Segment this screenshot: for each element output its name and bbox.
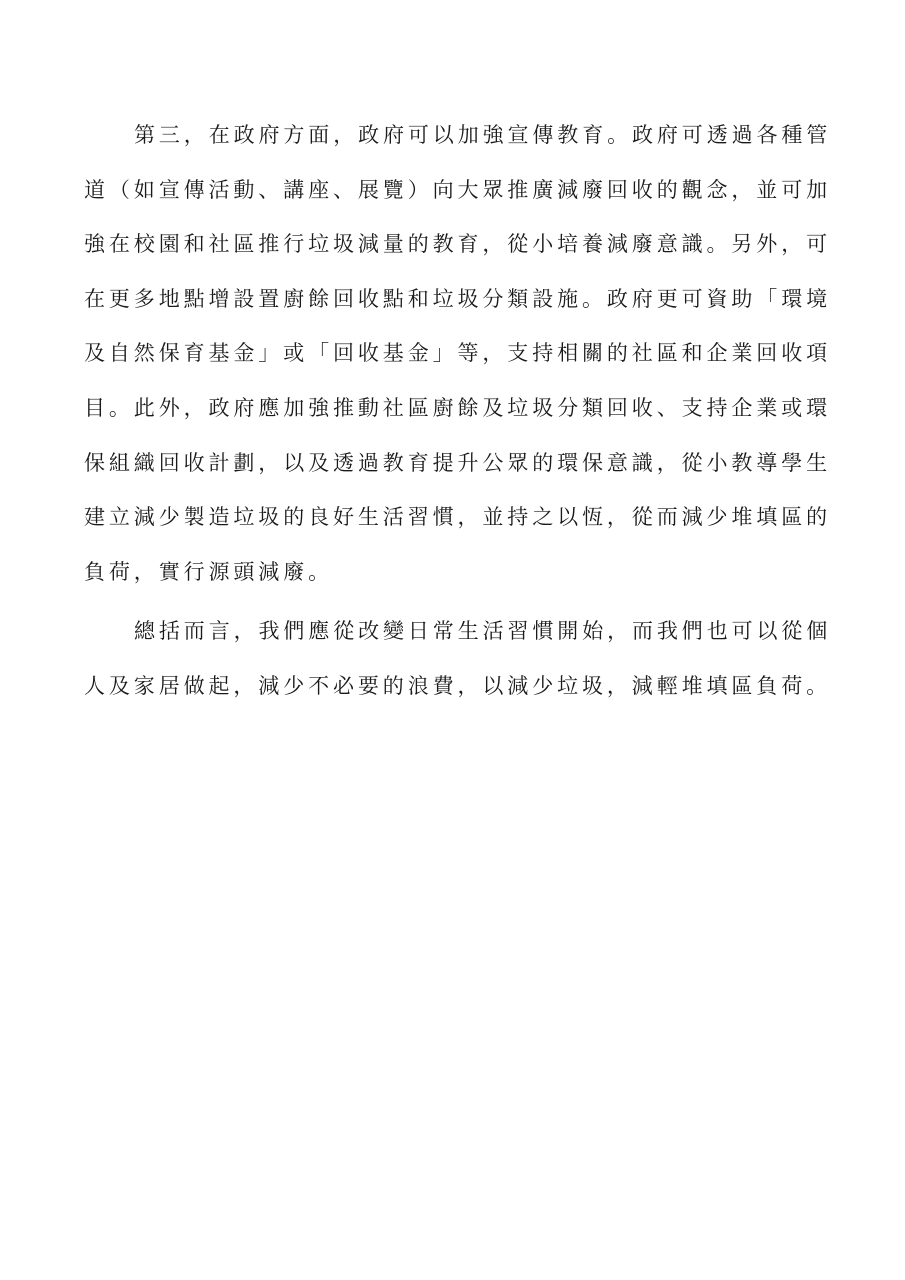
text-line: 道（如宣傳活動、講座、展覽）向大眾推廣減廢回收的觀念，並可加 [84, 163, 814, 218]
document-page: 第三，在政府方面，政府可以加強宣傳教育。政府可透過各種管 道（如宣傳活動、講座、… [0, 0, 905, 1280]
text-line: 目。此外，政府應加強推動社區廚餘及垃圾分類回收、支持企業或環 [84, 381, 814, 436]
text-line: 建立減少製造垃圾的良好生活習慣，並持之以恆，從而減少堆填區的 [84, 490, 814, 545]
text-line: 強在校園和社區推行垃圾減量的教育，從小培養減廢意識。另外，可 [84, 217, 814, 272]
text-line: 負荷，實行源頭減廢。 [84, 545, 814, 600]
text-line: 總括而言，我們應從改變日常生活習慣開始，而我們也可以從個 [84, 604, 814, 659]
paragraph-government-measures: 第三，在政府方面，政府可以加強宣傳教育。政府可透過各種管 道（如宣傳活動、講座、… [84, 108, 814, 599]
text-line: 及自然保育基金」或「回收基金」等，支持相關的社區和企業回收項 [84, 326, 814, 381]
paragraph-conclusion: 總括而言，我們應從改變日常生活習慣開始，而我們也可以從個 人及家居做起，減少不必… [84, 604, 814, 713]
text-line: 第三，在政府方面，政府可以加強宣傳教育。政府可透過各種管 [84, 108, 814, 163]
text-line: 人及家居做起，減少不必要的浪費，以減少垃圾，減輕堆填區負荷。 [84, 659, 814, 714]
text-line: 在更多地點增設置廚餘回收點和垃圾分類設施。政府更可資助「環境 [84, 272, 814, 327]
text-line: 保組織回收計劃，以及透過教育提升公眾的環保意識，從小教導學生 [84, 436, 814, 491]
